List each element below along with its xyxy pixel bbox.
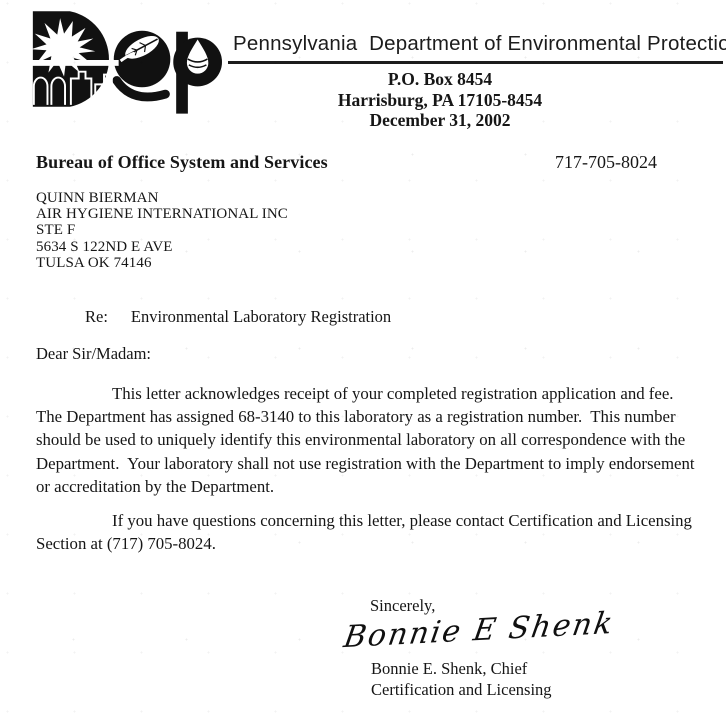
signer-block: Bonnie E. Shenk, Chief Certification and… — [371, 658, 552, 700]
re-label: Re: — [85, 307, 108, 326]
recipient-name: QUINN BIERMAN — [36, 190, 288, 206]
headquarters-address: P.O. Box 8454 Harrisburg, PA 17105-8454 … — [230, 69, 650, 131]
signer-title: Certification and Licensing — [371, 679, 552, 700]
letter-date: December 31, 2002 — [230, 110, 650, 131]
valediction: Sincerely, — [370, 596, 435, 616]
dep-logo — [27, 6, 222, 114]
agency-name: Pennsylvania Department of Environmental… — [233, 32, 725, 56]
horizon-band — [27, 60, 119, 66]
recipient-company: AIR HYGIENE INTERNATIONAL INC — [36, 206, 288, 222]
salutation: Dear Sir/Madam: — [36, 344, 151, 364]
bureau-phone: 717-705-8024 — [555, 152, 657, 173]
subject-line: Re:Environmental Laboratory Registration — [85, 307, 391, 327]
recipient-suite: STE F — [36, 222, 288, 238]
recipient-street: 5634 S 122ND E AVE — [36, 239, 288, 255]
po-box-line: P.O. Box 8454 — [230, 69, 650, 90]
recipient-address: QUINN BIERMAN AIR HYGIENE INTERNATIONAL … — [36, 190, 288, 271]
signer-name: Bonnie E. Shenk, Chief — [371, 658, 552, 679]
header-rule — [228, 61, 723, 64]
scanned-letter-page: Pennsylvania Department of Environmental… — [0, 0, 726, 721]
body-paragraph-1: This letter acknowledges receipt of your… — [36, 382, 702, 498]
bureau-name: Bureau of Office System and Services — [36, 152, 328, 173]
recipient-city: TULSA OK 74146 — [36, 255, 288, 271]
city-state-zip-line: Harrisburg, PA 17105-8454 — [230, 90, 650, 111]
body-paragraph-2: If you have questions concerning this le… — [36, 509, 702, 555]
subject-text: Environmental Laboratory Registration — [131, 307, 391, 326]
bureau-row: Bureau of Office System and Services 717… — [36, 152, 657, 173]
letter-body: This letter acknowledges receipt of your… — [36, 382, 702, 555]
